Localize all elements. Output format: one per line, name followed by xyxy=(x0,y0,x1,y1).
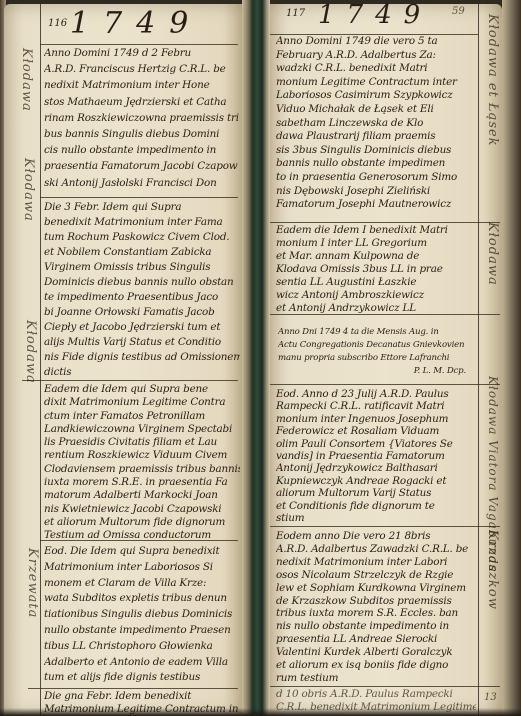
entry-line: iuxta morem S.R.E. in praesentia Fa xyxy=(44,476,240,489)
marriage-entry: Eadem die Idem I benedixit Matri monium … xyxy=(276,224,476,315)
entry-divider xyxy=(270,222,500,223)
entry-line: Ciepły et Jacobo Jędrzierski tum et xyxy=(44,320,240,335)
entry-line: benedixit Matrimonium inter Fama xyxy=(44,215,240,230)
entry-line: d 10 obris A.R.D. Paulus Rampecki xyxy=(276,688,476,701)
margin-place-note: Kłodawa et Łąsek xyxy=(485,14,500,147)
entry-line: Anno Domini 1749 die vero 5 ta xyxy=(276,35,476,49)
entry-line: wata Subditos expletis tribus denun xyxy=(44,591,240,607)
entry-line: tribus iuxta morem S.R. Eccles. ban xyxy=(276,607,476,620)
entry-line: wicz Antonij Ambroszkiewicz xyxy=(276,289,476,302)
entry-divider xyxy=(270,384,500,385)
entry-line: Viduo Michałak de Łąsek et Eli xyxy=(276,103,476,117)
entry-line: Anno Dni 1749 4 ta die Mensis Aug. in xyxy=(278,326,476,339)
entry-line: rum testium xyxy=(276,672,476,685)
entry-line: Eod. Die Idem qui Supra benedixit xyxy=(44,544,240,560)
marriage-entry: Eodem anno Die vero 21 8bris A.R.D. Adal… xyxy=(276,530,476,685)
entry-line: sabetham Linczewska de Klo xyxy=(276,117,476,131)
margin-place-note: Kłodawa xyxy=(19,48,34,112)
entry-line: tibus LL Christophoro Głowienka xyxy=(44,639,240,655)
entry-line: nullo obstante impedimento Praesen xyxy=(44,623,240,639)
entry-line: nis Fide dignis testibus ad Omissionem xyxy=(44,350,240,365)
entry-line: et Conditionis fide dignorum te xyxy=(276,500,476,512)
entry-line: rinam Roszkiewiczowna praemissis tri xyxy=(44,110,240,126)
entry-line: sis 3bus Singulis Dominicis diebus xyxy=(276,144,476,158)
marriage-entry: Eadem die Idem qui Supra bene dixit Matr… xyxy=(44,383,240,543)
marriage-entry: Eod. Anno d 23 Julij A.R.D. Paulus Rampe… xyxy=(276,388,476,524)
entry-line: stos Mathaeum Jędrzierski et Catha xyxy=(44,94,240,110)
entry-divider xyxy=(28,688,238,689)
margin-count: 13 xyxy=(484,692,497,703)
entry-line: nedixit Matrimonium inter Hone xyxy=(44,77,240,93)
marriage-entry: Eod. Die Idem qui Supra benedixit Matrim… xyxy=(44,544,240,686)
entry-line: Anno Domini 1749 d 2 Febru xyxy=(44,45,240,61)
entry-divider xyxy=(270,526,500,527)
visitation-note: Anno Dni 1749 4 ta die Mensis Aug. in Ac… xyxy=(278,326,476,378)
signature: P. L. M. Dcp. xyxy=(278,365,476,378)
entry-line: Rampecki C.R.L. ratificavit Matri xyxy=(276,400,476,412)
entry-line: dixit Matrimonium Legitime Contra xyxy=(44,396,240,409)
entry-line: matorum Adalberti Markocki Joan xyxy=(44,489,240,502)
entry-line: bi Joanne Orłowski Famatis Jacob xyxy=(44,305,240,320)
entry-line: tiationibus Singulis diebus Dominicis xyxy=(44,607,240,623)
bottom-shadow xyxy=(0,708,521,716)
entry-line: Die gna Febr. Idem benedixit xyxy=(44,690,240,703)
entry-line: Valentini Kurdek Alberti Goralczyk xyxy=(276,646,476,659)
entry-line: Eadem die Idem I benedixit Matri xyxy=(276,224,476,237)
entry-line: Adalberto et Antonio de eadem Villa xyxy=(44,655,240,671)
entry-line: olim Pauli Consortem {Viatores Se xyxy=(276,438,476,450)
entry-line: et Nobilem Constantiam Zabicka xyxy=(44,245,240,260)
entry-line: Federowicz et Rosaliam Viduam xyxy=(276,425,476,437)
entry-line: Landkiewiczowna Virginem Spectabi xyxy=(44,423,240,436)
entry-line: alijs Multis Varij Status et Conditio xyxy=(44,335,240,350)
entry-line: A.R.D. Adalbertus Zawadzki C.R.L. be xyxy=(276,543,476,556)
entry-line: aliorum Multorum Varij Status xyxy=(276,487,476,499)
entry-line: dictis xyxy=(44,365,240,380)
marriage-entry: Die 3 Febr. Idem qui Supra benedixit Mat… xyxy=(44,200,240,380)
entry-line: A.R.D. Franciscus Hertzig C.R.L. be xyxy=(44,61,240,77)
entry-line: lis Praesidis Civitatis filiam et Lau xyxy=(44,436,240,449)
entry-line: monium I inter LL Gregorium xyxy=(276,237,476,250)
entry-line: praesentia Famatorum Jacobi Czapow xyxy=(44,158,240,174)
entry-line: ski Antonij Jasłolski Francisci Don xyxy=(44,175,240,191)
marriage-entry: Anno Domini 1749 d 2 Febru A.R.D. Franci… xyxy=(44,45,240,191)
entry-line: Actu Congregationis Decanatus Gnievkovie… xyxy=(278,339,476,352)
entry-line: ctum inter Famatos Petronillam xyxy=(44,410,240,423)
page-number-right: 117 xyxy=(286,8,305,19)
entry-line: osos Nicolaum Strzelczyk de Rzgie xyxy=(276,569,476,582)
page-number-left: 116 xyxy=(48,18,67,29)
entry-line: et Mar. annam Kulpowna de xyxy=(276,250,476,263)
entry-line: monium inter Ingenuos Josephum xyxy=(276,413,476,425)
entry-line: de Krzaszkow Subditos praemissis xyxy=(276,595,476,608)
entry-line: Famatorum Josephi Mautnerowicz xyxy=(276,198,476,212)
entry-line: Testium ad Omissa conductorum xyxy=(44,529,240,542)
entry-line: Clodaviensem praemissis tribus bannis xyxy=(44,463,240,476)
entry-line: wadzki C.R.L. benedixit Matri xyxy=(276,62,476,76)
entry-divider xyxy=(40,197,238,198)
entry-line: Klodava Omissis 3bus LL in prae xyxy=(276,263,476,276)
entry-line: bus bannis Singulis diebus Domini xyxy=(44,126,240,142)
year-heading-right: 1749 xyxy=(318,0,432,30)
open-register-book: 116 1749 Kłodawa Kłodawa Kłodawa Krzewat… xyxy=(0,0,521,716)
folio-number: 59 xyxy=(452,6,465,17)
entry-line: praesentia LL Andreae Sierocki xyxy=(276,633,476,646)
entry-line: et aliorum ex isq boniis fide digno xyxy=(276,659,476,672)
entry-line: bannis nullo obstante impedimen xyxy=(276,157,476,171)
entry-line: rentium Roszkiewicz Viduum Civem xyxy=(44,449,240,462)
margin-place-note: Krzewata xyxy=(25,548,40,618)
right-book-edge xyxy=(502,0,521,716)
entry-line: Die 3 Febr. Idem qui Supra xyxy=(44,200,240,215)
entry-line: Dominicis diebus bannis nullo obstan xyxy=(44,275,240,290)
entry-line: monium Legitime Contractum inter xyxy=(276,76,476,90)
year-heading-left: 1749 xyxy=(70,6,202,41)
entry-line: et Antonij Andrzykowicz LL xyxy=(276,302,476,315)
left-margin-rule xyxy=(40,4,41,716)
entry-line: vandis] in Praesentia Famatorum xyxy=(276,450,476,462)
entry-line: stium xyxy=(276,512,476,524)
entry-line: monem et Claram de Villa Krze: xyxy=(44,576,240,592)
entry-line: nis nullo obstante impedimento in xyxy=(276,620,476,633)
entry-line: Eadem die Idem qui Supra bene xyxy=(44,383,240,396)
margin-place-note: Kłodawa xyxy=(485,222,500,286)
entry-line: Antonij Jędrzykowicz Balthasari xyxy=(276,462,476,474)
entry-line: lew et Sophiam Kurdkowna Virginem xyxy=(276,582,476,595)
entry-line: Laboriosos Casimirum Szypkowicz xyxy=(276,89,476,103)
book-spine xyxy=(242,0,270,716)
entry-line: Virginem Omissis tribus Singulis xyxy=(44,260,240,275)
entry-line: February A.R.D. Adalbertus Za: xyxy=(276,49,476,63)
entry-line: Matrimonium inter Laboriosos Si xyxy=(44,560,240,576)
entry-line: Kupniewczyk Andreae Rogacki et xyxy=(276,475,476,487)
entry-line: nis Kwietniewicz Jacobi Czapowski xyxy=(44,503,240,516)
entry-line: tum et alijs fide dignis testibus xyxy=(44,670,240,686)
right-margin-rule xyxy=(478,4,479,716)
margin-place-note: Krzaszkow xyxy=(485,530,500,610)
entry-line: sentia LL Augustini Łaszkie xyxy=(276,276,476,289)
entry-divider xyxy=(270,686,500,687)
margin-place-note: Kłodawa xyxy=(21,158,36,222)
entry-line: nedixit Matrimonium inter Labori xyxy=(276,556,476,569)
entry-line: dawa Plaustrarij filiam praemis xyxy=(276,130,476,144)
marriage-entry: Anno Domini 1749 die vero 5 ta February … xyxy=(276,35,476,212)
entry-line: tum Rochum Paskowicz Civem Clod. xyxy=(44,230,240,245)
entry-line: te impedimento Praesentibus Jaco xyxy=(44,290,240,305)
entry-line: nis Dębowski Josephi Zieliński xyxy=(276,185,476,199)
entry-line: manu propria subscribo Ettore Lafranchi xyxy=(278,352,476,365)
entry-line: Eodem anno Die vero 21 8bris xyxy=(276,530,476,543)
margin-place-note: Kłodawa xyxy=(23,320,38,384)
entry-line: cis nullo obstante impedimento in xyxy=(44,142,240,158)
entry-line: et aliorum Multorum fide dignorum xyxy=(44,516,240,529)
entry-line: to in praesentia Generosorum Simo xyxy=(276,171,476,185)
entry-divider xyxy=(22,380,238,381)
entry-line: Eod. Anno d 23 Julij A.R.D. Paulus xyxy=(276,388,476,400)
